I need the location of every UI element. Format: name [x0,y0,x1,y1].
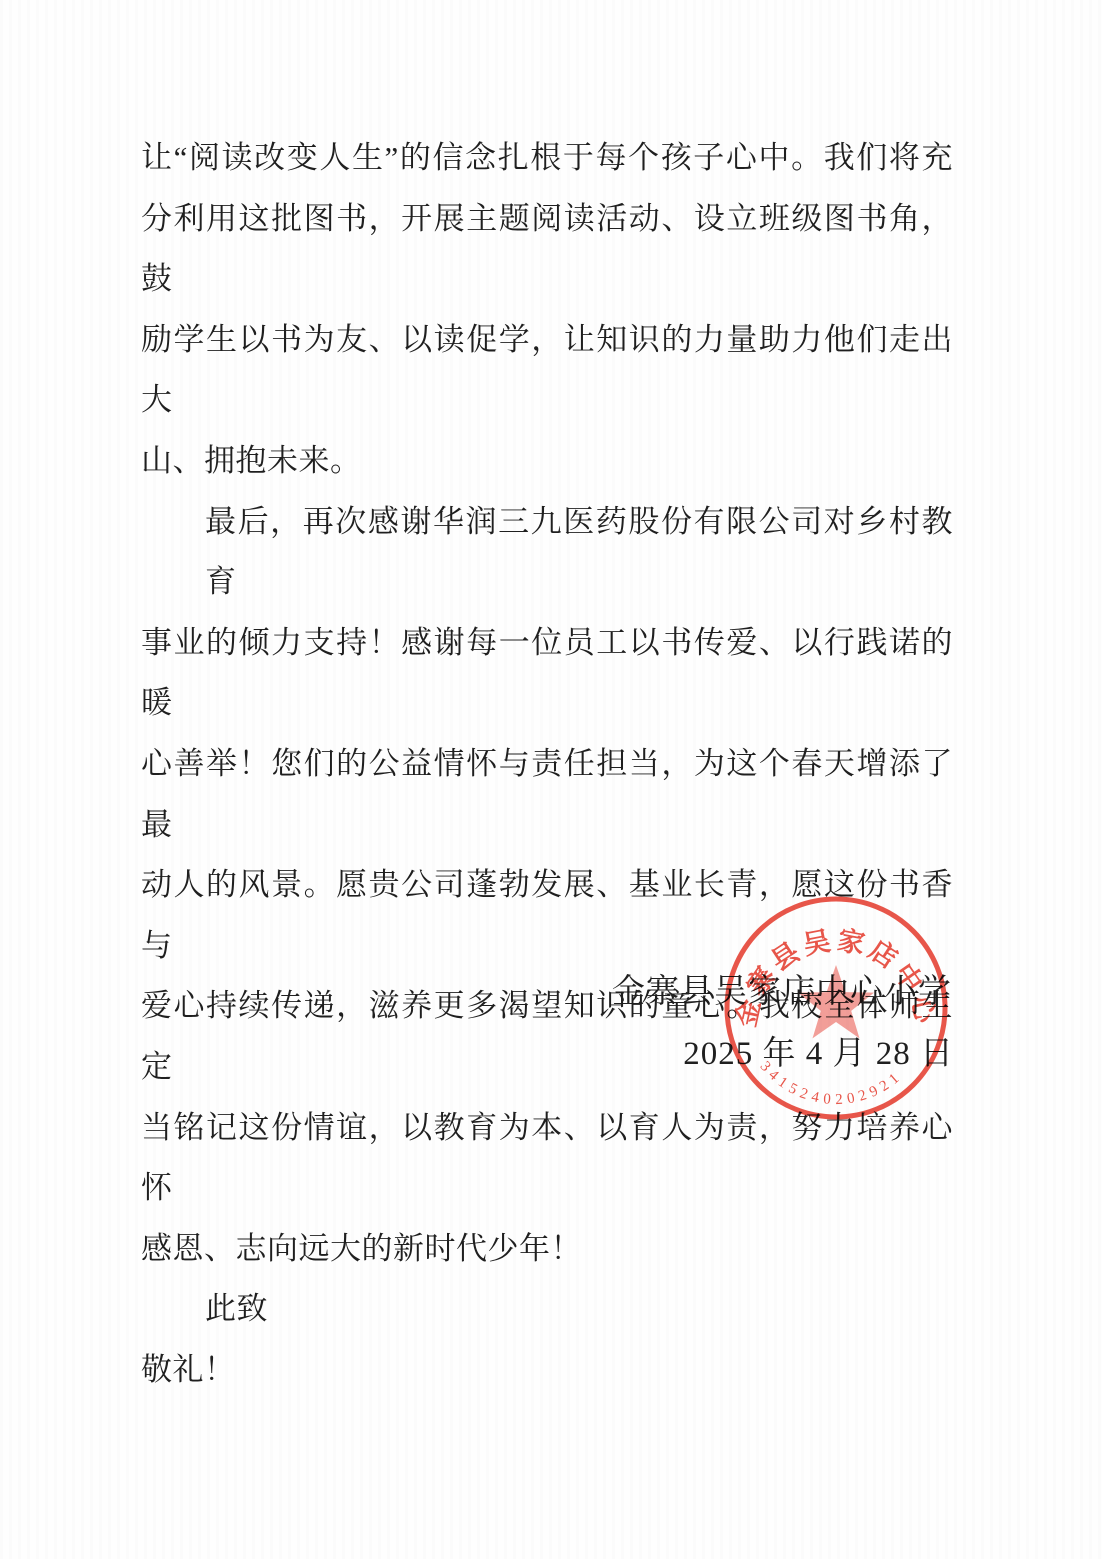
seal-star-icon [798,965,874,1038]
closing-salutation: 此致 [141,1279,953,1340]
letter-line: 让“阅读改变人生”的信念扎根于每个孩子心中。我们将充 [141,128,953,189]
letter-line: 最后，再次感谢华润三九医药股份有限公司对乡村教育 [141,492,953,613]
letter-line: 山、拥抱未来。 [141,431,953,492]
scanned-letter-page: 让“阅读改变人生”的信念扎根于每个孩子心中。我们将充 分利用这批图书，开展主题阅… [0,0,1102,1559]
letter-line: 分利用这批图书，开展主题阅读活动、设立班级图书角，鼓 [141,189,953,310]
letter-line: 心善举！您们的公益情怀与责任担当，为这个春天增添了最 [141,734,953,855]
letter-body: 让“阅读改变人生”的信念扎根于每个孩子心中。我们将充 分利用这批图书，开展主题阅… [141,128,953,1400]
letter-line: 励学生以书为友、以读促学，让知识的力量助力他们走出大 [141,310,953,431]
letter-line: 事业的倾力支持！感谢每一位员工以书传爱、以行践诺的暖 [141,613,953,734]
official-seal-stamp: 金寨县吴家店中心小学 3415240202921 [721,893,951,1123]
letter-line: 感恩、志向远大的新时代少年！ [141,1219,953,1280]
closing-salute: 敬礼！ [141,1340,953,1401]
